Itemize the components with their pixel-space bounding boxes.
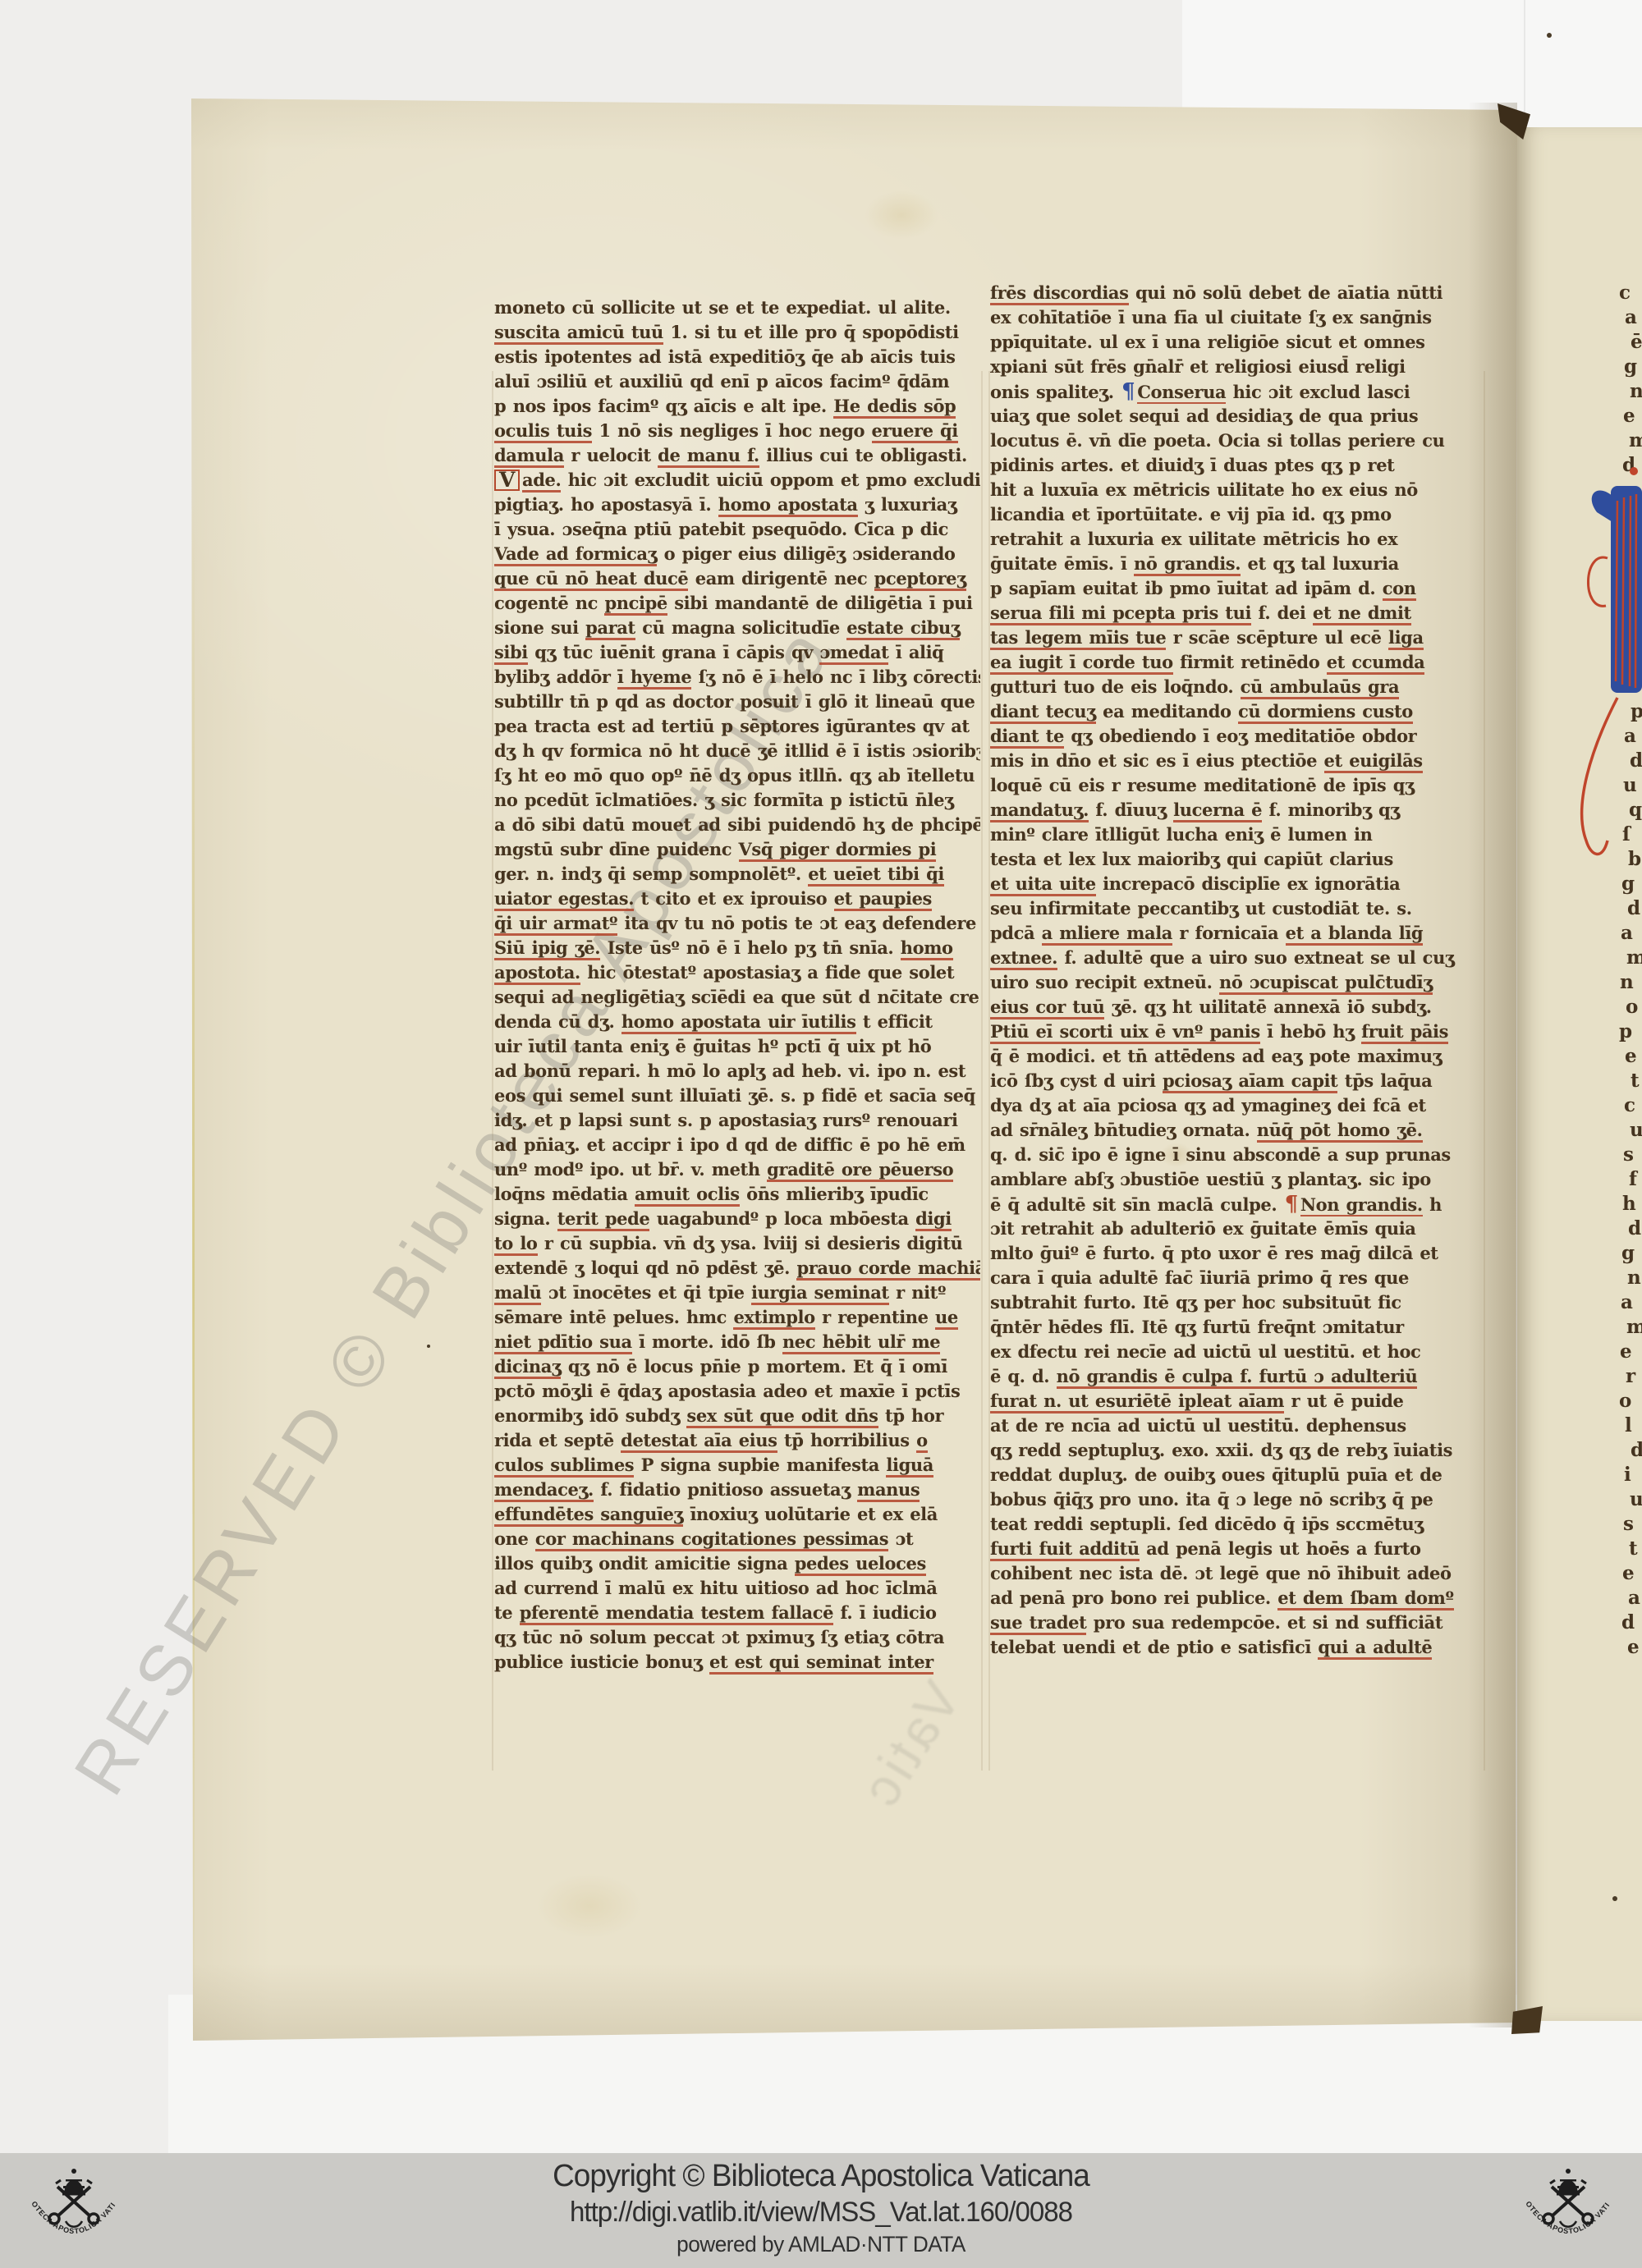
rubricated-phrase: malū xyxy=(494,1282,541,1305)
manuscript-line: uir īutil tanta eniʒ ē ḡuitas hº pctī q̄… xyxy=(494,1034,980,1059)
parchment-stain xyxy=(865,190,938,240)
rubricated-phrase: liguā xyxy=(886,1455,933,1478)
edge-letter: m xyxy=(1619,1315,1642,1340)
edge-letter: n xyxy=(1619,379,1642,404)
penwork-curl xyxy=(1588,557,1608,606)
dust-speck xyxy=(1547,33,1552,38)
manuscript-line: effundētes sanguīeʒ īnoxiuʒ uolūtarie et… xyxy=(494,1502,980,1527)
manuscript-line: pea tracta est ad tertiū p sēptores igūr… xyxy=(494,714,980,739)
edge-letter: t xyxy=(1619,1537,1642,1561)
manuscript-line: oculis tuis 1 nō sis negliges ī hoc nego… xyxy=(494,419,980,443)
edge-letter: u xyxy=(1619,1118,1642,1143)
manuscript-line: a dō sibi datū mouet ad sibi puidendō hʒ… xyxy=(494,813,980,837)
rubricated-phrase: to lo xyxy=(494,1233,538,1256)
penwork-dot xyxy=(1630,467,1638,475)
rubricated-phrase: homo xyxy=(901,937,953,960)
vatican-library-logo-right: BIBLIOTECA APOSTOLICA VATICANA xyxy=(1517,2162,1619,2259)
manuscript-line: sēmare intē pelues. hmc extimplo r repen… xyxy=(494,1305,980,1330)
rubricated-phrase: dicinaʒ xyxy=(494,1356,561,1379)
edge-letter: a xyxy=(1619,1290,1642,1315)
manuscript-line: icō ſbʒ cyst d uiri pciosaʒ aīam capit t… xyxy=(990,1069,1483,1093)
edge-letter: i xyxy=(1619,1463,1642,1487)
rubricated-phrase: estate cibuʒ xyxy=(846,617,960,640)
backing-sheet-seam xyxy=(1524,0,1525,130)
rubricated-phrase: furti fuit additū xyxy=(990,1538,1140,1561)
rubricated-phrase: apostota. xyxy=(494,962,580,985)
manuscript-line: q̄i uir armatº ita qv tu nō potis te ɔt … xyxy=(494,911,980,936)
rubricated-phrase: sex sūt que odit dn̄s xyxy=(686,1405,878,1428)
manuscript-line: dʒ h qv formica nō ht ducē ʒē itllid ē ī… xyxy=(494,739,980,763)
rubricated-phrase: diant te xyxy=(990,726,1064,749)
manuscript-line: minº clare ītlligūt lucha eniʒ ē lumen i… xyxy=(990,822,1483,847)
rubricated-phrase: sue tradet xyxy=(990,1612,1086,1635)
rubricated-phrase: mendaceʒ. xyxy=(494,1479,594,1502)
manuscript-line: uiator egestas. t cito et ex iprouiso et… xyxy=(494,887,980,911)
rubricated-phrase: lucerna ē xyxy=(1173,800,1262,822)
manuscript-line: ex cohītatiōe ī una fīa ul ciuitate ſʒ e… xyxy=(990,305,1483,330)
boxed-initial: V xyxy=(494,470,520,491)
rubricated-phrase: pceptoreʒ xyxy=(874,568,966,591)
rubricated-phrase: Siū ipig ʒē. xyxy=(494,937,600,960)
papal-tiara-icon xyxy=(62,2169,85,2196)
manuscript-line: que cū nō heat ducē eam dirigentē nec pc… xyxy=(494,566,980,591)
edge-letter: s xyxy=(1619,1143,1642,1167)
manuscript-line: mandatuʒ. f. dīuuʒ lucerna ē f. minoribʒ… xyxy=(990,798,1483,822)
left-text-column: moneto cū sollicite ut se et te expediat… xyxy=(494,296,980,1675)
edge-letter: e xyxy=(1619,404,1642,428)
papal-tiara-icon xyxy=(1557,2169,1580,2196)
rubricated-phrase: ɔmedat xyxy=(819,642,888,665)
manuscript-line: niet pdītio sua ī morte. idō ſb nec hēbi… xyxy=(494,1330,980,1354)
manuscript-line: ea iugit ī corde tuo firmit retinēdo et … xyxy=(990,650,1483,675)
manuscript-line: ad bonū repari. h mō lo aplʒ ad heb. vi.… xyxy=(494,1059,980,1084)
manuscript-line: diant tecuʒ ea meditando cū dormiens cus… xyxy=(990,699,1483,724)
manuscript-line: signa. terit pede uagabundº p loca mbōes… xyxy=(494,1207,980,1231)
manuscript-line: malū ɔt īnocētes et q̄i tpīe iurgia semi… xyxy=(494,1281,980,1305)
manuscript-line: ad penā pro bono rei publice. et dem ſba… xyxy=(990,1586,1483,1611)
rubricated-phrase: et ne dmit xyxy=(1313,603,1411,625)
rubricated-phrase: mandatuʒ. xyxy=(990,800,1089,822)
rubricated-phrase: pncipē xyxy=(604,593,667,616)
manuscript-line: sequi ad negligētiaʒ scīēdi ea que sūt d… xyxy=(494,985,980,1010)
manuscript-line: uiro suo recipit extneū. nō ɔcupiscat pu… xyxy=(990,970,1483,995)
rubricated-phrase: graditē ore pēuerso xyxy=(767,1159,953,1182)
manuscript-line: culos sublimes P signa supbie manifesta … xyxy=(494,1453,980,1478)
edge-letter: e xyxy=(1619,1635,1642,1660)
manuscript-line: tas legem mīis tue r scāe scēpture ul ec… xyxy=(990,625,1483,650)
rubricated-phrase: cor machinans cogitationes pessimas xyxy=(535,1528,888,1551)
rubricated-phrase: liga xyxy=(1388,627,1424,650)
page-edge-tint xyxy=(191,502,195,2062)
edge-letter: u xyxy=(1619,1487,1642,1512)
manuscript-line: reddat dupluʒ. de ouibʒ oues q̄ituplū pu… xyxy=(990,1463,1483,1487)
manuscript-line: te pferentē mendatia testem fallacē f. ī… xyxy=(494,1601,980,1625)
rubricated-phrase: detestat aīa eius xyxy=(621,1430,777,1453)
rubricated-phrase: con xyxy=(1383,578,1416,601)
manuscript-line: enormibʒ idō subdʒ sex sūt que odit dn̄s… xyxy=(494,1404,980,1428)
manuscript-line: Vade ad formicaʒ o piger eius diligēʒ ɔs… xyxy=(494,542,980,566)
manuscript-line: gutturi tuo de eis loq̄ndo. cū ambulaūs … xyxy=(990,675,1483,699)
rubricated-phrase: o xyxy=(916,1430,928,1453)
edge-letter: o xyxy=(1619,1389,1642,1413)
manuscript-line: frēs discordias qui nō solū debet de aīa… xyxy=(990,281,1483,305)
edge-letter: m xyxy=(1619,428,1642,453)
edge-letter: s xyxy=(1619,1512,1642,1537)
edge-letter: a xyxy=(1619,1586,1642,1611)
manuscript-line: extnee. f. adultē que a uiro suo extneat… xyxy=(990,946,1483,970)
blue-capitulum-mark: ¶ xyxy=(1121,379,1137,404)
manuscript-line: ger. n. indʒ q̄i semp sompnolētº. et ueī… xyxy=(494,862,980,887)
rubricated-phrase: oculis tuis xyxy=(494,420,592,443)
edge-letter: ē xyxy=(1619,330,1642,355)
rubricated-phrase: tas legem mīis tue xyxy=(990,627,1166,650)
manuscript-line: onis spaliteʒ. ¶Conserua hic ɔit exclud … xyxy=(990,379,1483,404)
rubricated-phrase: Ptiū eī scorti uix ē vnº panis xyxy=(990,1021,1260,1044)
rubricated-phrase: et a blanda līḡ xyxy=(1286,923,1424,946)
manuscript-line: ad pn̄iaʒ. et accipr i ipo d qd de diffi… xyxy=(494,1133,980,1157)
rubricated-phrase: et euigilās xyxy=(1324,750,1423,773)
manuscript-line: ḡuitate ēmīs. ī nō grandis. et qʒ tal lu… xyxy=(990,552,1483,576)
manuscript-line: mlto ḡuiº ē furto. q̄ pto uxor ē res maḡ… xyxy=(990,1241,1483,1266)
edge-letter: l xyxy=(1619,1413,1642,1438)
rubricated-phrase: sibi xyxy=(494,642,528,665)
rubricated-phrase: et paupies xyxy=(834,888,932,911)
rubricated-phrase: ue xyxy=(935,1307,958,1330)
edge-letter: a xyxy=(1619,921,1642,946)
edge-letter: c xyxy=(1619,1093,1642,1118)
manuscript-line: rida et septē detestat aīa eius tp̄ horr… xyxy=(494,1428,980,1453)
manuscript-line: sione sui parat cū magna solicitudīe est… xyxy=(494,616,980,640)
edge-letter: o xyxy=(1619,995,1642,1019)
manuscript-line: q. d. sic̄ ipo ē igne ī sinu abscondē a … xyxy=(990,1143,1483,1167)
manuscript-line: serua fili mi pcepta pris tui f. dei et … xyxy=(990,601,1483,625)
parchment-stain xyxy=(536,1873,643,1939)
manuscript-line: pigtiaʒ. ho apostasyā ī. homo apostata ʒ… xyxy=(494,493,980,517)
manuscript-line: eos qui semel sunt illuīati ʒē. s. p fid… xyxy=(494,1084,980,1108)
manuscript-line: ad sr̄nāleʒ bn̄tudieʒ ornata. nūq̄ pōt h… xyxy=(990,1118,1483,1143)
right-text-column: frēs discordias qui nō solū debet de aīa… xyxy=(990,281,1483,1660)
manuscript-line: mendaceʒ. f. fidatio pnitioso assuetaʒ m… xyxy=(494,1478,980,1502)
rubricated-phrase: et ueīet tibi q̄i xyxy=(808,864,944,887)
manuscript-line: diant te qʒ obediendo ī eoʒ meditatiōe o… xyxy=(990,724,1483,749)
manuscript-line: q̄ntēr hēdes flī. Itē qʒ furtū freq̄nt ɔ… xyxy=(990,1315,1483,1340)
manuscript-line: teat reddi septupli. ſed dicēdo q̄ ip̄s … xyxy=(990,1512,1483,1537)
rubricated-phrase: pciosaʒ aīam capit xyxy=(1163,1070,1337,1093)
rubricated-phrase: terit pede xyxy=(557,1208,650,1231)
rubricated-phrase: serua fili mi pcepta pris tui xyxy=(990,603,1251,625)
manuscript-line: hit a luxuīa ex mētricis uilitate ho ex … xyxy=(990,478,1483,502)
edge-letter: n xyxy=(1619,970,1642,995)
rubricated-phrase: nō grandis. xyxy=(1134,553,1241,576)
manuscript-line: unº modº ipo. ut br̄. v. meth graditē or… xyxy=(494,1157,980,1182)
rubricated-phrase: homo apostata xyxy=(718,494,858,517)
manuscript-line: idʒ. et p lapsi sunt s. p apostasiaʒ rur… xyxy=(494,1108,980,1133)
rubricated-phrase: eruere q̄i xyxy=(872,420,958,443)
manuscript-line: amblare abſʒ ɔbustiōe uestiū ʒ plantaʒ. … xyxy=(990,1167,1483,1192)
manuscript-line: Vade. hic ɔit excludit uiciū oppom et pm… xyxy=(494,468,980,493)
manuscript-line: q̄ ē modici. et tn̄ attēdens ad eaʒ pote… xyxy=(990,1044,1483,1069)
rubricated-phrase: et uita uite xyxy=(990,873,1096,896)
manuscript-line: moneto cū sollicite ut se et te expediat… xyxy=(494,296,980,320)
manuscript-line: ppīquitate. ul ex ī una religiōe sicut e… xyxy=(990,330,1483,355)
edge-letter: n xyxy=(1619,1266,1642,1290)
dust-speck xyxy=(1612,1896,1617,1901)
rubricated-phrase: pferentē mendatia testem fallacē xyxy=(520,1602,833,1625)
manuscript-line: ſʒ ht eo mō quo opº n̄ē dʒ opus itlln̄. … xyxy=(494,763,980,788)
rubricated-phrase: homo apostata uir īutilis xyxy=(621,1011,856,1034)
manuscript-line: ī ysua. ɔseq̄na ptiū patebit psequōdo. C… xyxy=(494,517,980,542)
rubricated-phrase: et est qui seminat inter xyxy=(709,1652,933,1675)
illuminated-initial-blue xyxy=(1560,453,1642,913)
rubricated-phrase: diant tecuʒ xyxy=(990,701,1096,724)
manuscript-line: ē q̄ adultē sit sīn maclā culpe. ¶Non gr… xyxy=(990,1192,1483,1216)
manuscript-line: pidinis artes. et diuidʒ ī duas ptes qʒ … xyxy=(990,453,1483,478)
manuscript-scan-viewport: RESERVED © Biblioteca Apostolica Vatic m… xyxy=(0,0,1642,2268)
rubricated-phrase: nō grandis ē culpa f. furtū ɔ adulteriū xyxy=(1057,1366,1418,1389)
manuscript-line: ɔit retrahit ab adulteriō ex ḡuitate ēmī… xyxy=(990,1216,1483,1241)
manuscript-line: extendē ʒ loqui qd nō pdēst ʒē. prauo co… xyxy=(494,1256,980,1281)
rubricated-phrase: frēs discordias xyxy=(990,282,1129,305)
rubricated-phrase: que cū nō heat ducē xyxy=(494,568,688,591)
manuscript-line: suscita amicū tuū 1. si tu et ille pro q… xyxy=(494,320,980,345)
manuscript-line: uiaʒ que solet sequi ad desidiaʒ de qua … xyxy=(990,404,1483,428)
manuscript-line: bylibʒ addōr ī hyeme ſʒ nō ē ī helo nc ī… xyxy=(494,665,980,690)
rubricated-phrase: et ccumda xyxy=(1327,652,1425,675)
rubricated-phrase: Vade ad formicaʒ xyxy=(494,543,657,566)
footer-powered-by: powered by AMLAD·NTT DATA xyxy=(25,2232,1617,2257)
edge-letter: g xyxy=(1619,1241,1642,1266)
rubricated-phrase: cū ambulaūs gra xyxy=(1241,676,1400,699)
rubricated-phrase: culos sublimes xyxy=(494,1455,634,1478)
manuscript-line: aluī ɔsiliū et auxiliū qd enī p aīcos fa… xyxy=(494,369,980,394)
manuscript-line: damula r uelocit de manu f. illius cui t… xyxy=(494,443,980,468)
rubricated-phrase: extnee. xyxy=(990,947,1057,970)
manuscript-line: at de re ncīa ad uictū ul uestitū. dephe… xyxy=(990,1413,1483,1438)
manuscript-line: mis in dn̄o et sic es ī eius ptectiōe et… xyxy=(990,749,1483,773)
manuscript-line: eius cor tuū ʒē. qʒ ht uilitatē annexā i… xyxy=(990,995,1483,1019)
rubricated-phrase: ea iugit ī corde tuo xyxy=(990,652,1173,675)
manuscript-line: apostota. hic ōtestatº apostasiaʒ a fide… xyxy=(494,960,980,985)
rubricated-phrase: cū dormiens custo xyxy=(1238,701,1413,724)
rubricated-phrase: digi xyxy=(915,1208,952,1231)
rubricated-phrase: extimplo xyxy=(733,1307,814,1330)
rubricated-phrase: Conserua xyxy=(1137,382,1226,404)
manuscript-line: ex dfectu rei necīe ad uictū ul uestitū.… xyxy=(990,1340,1483,1364)
rubricated-phrase: nec hēbit ulr̄ me xyxy=(782,1331,940,1354)
manuscript-line: pctō mōʒli ē q̄daʒ apostasia adeo et max… xyxy=(494,1379,980,1404)
edge-letter: d xyxy=(1619,1438,1642,1463)
manuscript-line: p sapīam euitat ib pmo īuitat ad ipām d.… xyxy=(990,576,1483,601)
vatican-library-logo-left: BIBLIOTECA APOSTOLICA VATICANA xyxy=(23,2162,125,2259)
edge-letter: g xyxy=(1619,355,1642,379)
ruling-line xyxy=(981,371,983,1771)
manuscript-line: pdcā a mliere mala r fornicaīa et a blan… xyxy=(990,921,1483,946)
rubricated-phrase: et dem ſbam domº xyxy=(1277,1588,1453,1611)
rubricated-phrase: ade. xyxy=(522,470,561,493)
rubricated-phrase: Non grandis. xyxy=(1300,1194,1423,1216)
manuscript-line: telebat uendi et de ptio e satisficī qui… xyxy=(990,1635,1483,1660)
rubricated-phrase: manus xyxy=(857,1479,920,1502)
rubricated-phrase: q̄i uir armatº xyxy=(494,913,617,936)
manuscript-line: sibi qʒ tūc iuēnit grana ī cāpis qv ɔmed… xyxy=(494,640,980,665)
rubricated-phrase: iurgia seminat xyxy=(751,1282,889,1305)
edge-letter: e xyxy=(1619,1340,1642,1364)
manuscript-line: ad currend ī malū ex hitu uitioso ad hoc… xyxy=(494,1576,980,1601)
manuscript-line: publice iusticie bonuʒ et est qui semina… xyxy=(494,1650,980,1675)
manuscript-line: denda cū dʒ. homo apostata uir īutilis t… xyxy=(494,1010,980,1034)
manuscript-line: bobus q̄iq̄ʒ pro uno. ita q̄ ɔ lege nō s… xyxy=(990,1487,1483,1512)
edge-letter: c xyxy=(1619,281,1642,305)
manuscript-line: loq̄ns mēdatia amuit oclis ōn̄s mlieribʒ… xyxy=(494,1182,980,1207)
manuscript-line: qʒ tūc nō solum peccat ɔt pximuʒ ſʒ etia… xyxy=(494,1625,980,1650)
manuscript-line: testa et lex lux maioribʒ qui capiūt cla… xyxy=(990,847,1483,872)
rubricated-phrase: ī hyeme xyxy=(617,667,691,690)
manuscript-line: loquē cū eis r resume meditationē de ipī… xyxy=(990,773,1483,798)
manuscript-line: locutus ē. vn̄ dīe poeta. Ocia si tollas… xyxy=(990,428,1483,453)
manuscript-line: sue tradet pro sua redempcōe. et si nd s… xyxy=(990,1611,1483,1635)
rubricated-phrase: amuit oclis xyxy=(635,1184,740,1207)
manuscript-line: subtillr tn̄ p qd as doctor posuit ī glō… xyxy=(494,690,980,714)
edge-letter: h xyxy=(1619,1192,1642,1216)
rubricated-phrase: effundētes sanguīeʒ xyxy=(494,1504,683,1527)
rubricated-phrase: eius cor tuū xyxy=(990,997,1104,1019)
penwork-flourish xyxy=(1582,698,1617,855)
initial-hook xyxy=(1592,490,1612,522)
footer-copyright: Copyright © Biblioteca Apostolica Vatica… xyxy=(25,2159,1617,2194)
manuscript-line: subtrahit furto. Itē qʒ per hoc subsituū… xyxy=(990,1290,1483,1315)
manuscript-line: p nos ipos facimº qʒ aīcis e alt ipe. He… xyxy=(494,394,980,419)
manuscript-line: retrahit a luxuria ex uilitate mētricis … xyxy=(990,527,1483,552)
rubricated-phrase: He dedis sōp xyxy=(833,396,956,419)
rubricated-phrase: nō ɔcupiscat pulc̄tudīʒ xyxy=(1219,972,1433,995)
rubricated-phrase: fruit pāis xyxy=(1361,1021,1448,1044)
rubricated-phrase: parat xyxy=(585,617,635,640)
manuscript-line: et uita uite increpacō disciplīe ex igno… xyxy=(990,872,1483,896)
rubricated-phrase: Vsq̄ piger dormies pi xyxy=(739,839,937,862)
manuscript-line: cogentē nc pncipē sibi mandantē de dilig… xyxy=(494,591,980,616)
manuscript-line: one cor machinans cogitationes pessimas … xyxy=(494,1527,980,1551)
edge-letter: f xyxy=(1619,1167,1642,1192)
manuscript-line: seu infirmitate peccantibʒ ut custodiāt … xyxy=(990,896,1483,921)
manuscript-line: cohibent nec ista dē. ɔt legē que nō īhi… xyxy=(990,1561,1483,1586)
rubricated-phrase: suscita amicū tuū xyxy=(494,322,663,345)
edge-letter: d xyxy=(1619,1216,1642,1241)
manuscript-line: dya dʒ at aīa pciosa qʒ ad ymagineʒ dei … xyxy=(990,1093,1483,1118)
rubricated-phrase: de manu f. xyxy=(658,445,759,468)
manuscript-line: estis ipotentes ad istā expeditiōʒ q̄e a… xyxy=(494,345,980,369)
rubricated-phrase: qui a adultē xyxy=(1318,1637,1432,1660)
dust-speck xyxy=(427,1345,430,1348)
manuscript-line: dicinaʒ qʒ nō ē locus pn̄ie p mortem. Et… xyxy=(494,1354,980,1379)
edge-letter: d xyxy=(1619,1611,1642,1635)
edge-letter: t xyxy=(1619,1069,1642,1093)
manuscript-line: furti fuit additū ad penā legis ut hoēs … xyxy=(990,1537,1483,1561)
rubricated-phrase: pedes ueloces xyxy=(795,1553,926,1576)
edge-letter: m xyxy=(1619,946,1642,970)
manuscript-line: Ptiū eī scorti uix ē vnº panis ī hebō hʒ… xyxy=(990,1019,1483,1044)
manuscript-line: illos quibʒ ondit amicitie signa pedes u… xyxy=(494,1551,980,1576)
manuscript-line: no pcedūt īclmatiōes. ʒ sic formīta p is… xyxy=(494,788,980,813)
manuscript-line: mgstū subr dīne puidenc Vsq̄ piger dormi… xyxy=(494,837,980,862)
manuscript-line: cara ī quia adultē fac̄ īiuriā primo q̄ … xyxy=(990,1266,1483,1290)
manuscript-line: xpiani sūt frēs gn̄alr̄ et religiosi eiu… xyxy=(990,355,1483,379)
edge-letter: r xyxy=(1619,1364,1642,1389)
rubricated-phrase: niet pdītio sua xyxy=(494,1331,632,1354)
rubricated-phrase: a mliere mala xyxy=(1042,923,1172,946)
rubricated-phrase: prauo corde machiā xyxy=(796,1258,980,1281)
rubricated-phrase: uiator egestas. xyxy=(494,888,634,911)
rubricated-phrase: damula xyxy=(494,445,564,468)
rubricated-phrase: nūq̄ pōt homo ʒē. xyxy=(1257,1120,1423,1143)
edge-letter: e xyxy=(1619,1044,1642,1069)
manuscript-line: to lo r cū supbia. vn̄ dʒ ysa. lviij si … xyxy=(494,1231,980,1256)
manuscript-line: furat n. ut esuriētē ipleat aīam r ut ē … xyxy=(990,1389,1483,1413)
manuscript-line: Siū ipig ʒē. Iste ūsº nō ē ī helo pʒ tn̄… xyxy=(494,936,980,960)
edge-letter: a xyxy=(1619,305,1642,330)
manuscript-line: licandia et īportūitate. e vij pīa id. q… xyxy=(990,502,1483,527)
edge-letter: p xyxy=(1619,1019,1642,1044)
manuscript-line: qʒ redd septupluʒ. exo. xxii. dʒ qʒ de r… xyxy=(990,1438,1483,1463)
red-capitulum-mark: ¶ xyxy=(1284,1192,1300,1216)
rubricated-phrase: furat n. ut esuriētē ipleat aīam xyxy=(990,1391,1284,1413)
footer-text: Copyright © Biblioteca Apostolica Vatica… xyxy=(0,2159,1642,2257)
edge-letter: e xyxy=(1619,1561,1642,1586)
manuscript-line: ē q. d. nō grandis ē culpa f. furtū ɔ ad… xyxy=(990,1364,1483,1389)
footer-url: http://digi.vatlib.it/view/MSS_Vat.lat.1… xyxy=(25,2197,1617,2229)
